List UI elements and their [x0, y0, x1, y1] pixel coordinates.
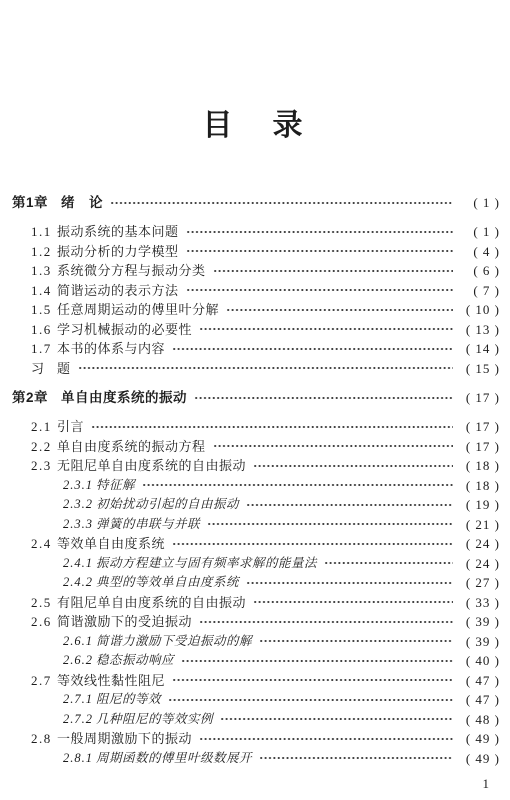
toc-entry: 2.6.1简谐力激励下受迫振动的解( 39 ): [0, 632, 510, 652]
entry-title: 题: [57, 359, 71, 379]
entry-title: 本书的体系与内容: [57, 339, 165, 359]
entry-page: ( 21 ): [458, 515, 500, 535]
entry-number: 1.5: [31, 300, 57, 320]
toc-entry: 2.2单自由度系统的振动方程( 17 ): [0, 437, 510, 457]
toc-entry: 2.6简谐激励下的受迫振动( 39 ): [0, 612, 510, 632]
dot-leader: [186, 281, 453, 301]
dot-leader: [226, 300, 453, 320]
entry-page: ( 24 ): [458, 534, 500, 554]
entry-title: 学习机械振动的必要性: [57, 320, 192, 340]
dot-leader: [213, 437, 453, 457]
entry-page: ( 17 ): [458, 437, 500, 457]
entry-page: ( 17 ): [458, 417, 500, 437]
dot-leader: [172, 534, 453, 554]
entry-page: ( 7 ): [458, 281, 500, 301]
dot-leader: [110, 193, 453, 213]
entry-number: 2.6.2: [63, 651, 96, 671]
dot-leader: [91, 417, 453, 437]
entry-title: 有阻尼单自由度系统的自由振动: [57, 593, 246, 613]
entry-title: 典型的等效单自由度系统: [96, 573, 239, 593]
toc-entry: 1.5任意周期运动的傅里叶分解( 10 ): [0, 300, 510, 320]
entry-page: ( 27 ): [458, 573, 500, 593]
entry-number: 第2章: [12, 388, 48, 408]
dot-leader: [259, 632, 453, 652]
entry-page: ( 1 ): [458, 222, 500, 242]
toc-entry: 1.6学习机械振动的必要性( 13 ): [0, 320, 510, 340]
entry-title: 周期函数的傅里叶级数展开: [96, 749, 252, 769]
entry-page: ( 48 ): [458, 710, 500, 730]
page-title: 目 录: [0, 104, 510, 148]
entry-title: 简谐运动的表示方法: [57, 281, 179, 301]
entry-page: ( 49 ): [458, 749, 500, 769]
dot-leader: [172, 339, 453, 359]
entry-number: 2.3.2: [63, 495, 96, 515]
dot-leader: [168, 690, 453, 710]
entry-page: ( 18 ): [458, 476, 500, 496]
toc-entry: 1.2振动分析的力学模型( 4 ): [0, 242, 510, 262]
toc-entry: 2.3.2初始扰动引起的自由振动( 19 ): [0, 495, 510, 515]
folio-page-number: 1: [483, 776, 490, 792]
toc-entry: 2.1引言( 17 ): [0, 417, 510, 437]
toc-page: 目 录 第1章绪 论( 1 )1.1振动系统的基本问题( 1 )1.2振动分析的…: [0, 104, 510, 768]
toc-entry: 2.8.1周期函数的傅里叶级数展开( 49 ): [0, 749, 510, 769]
entry-title: 几种阻尼的等效实例: [96, 710, 213, 730]
entry-number: 习: [31, 359, 57, 379]
entry-title: 弹簧的串联与并联: [96, 515, 200, 535]
toc-entry: 1.1振动系统的基本问题( 1 ): [0, 222, 510, 242]
toc-entry: 2.3无阻尼单自由度系统的自由振动( 18 ): [0, 456, 510, 476]
entry-number: 1.2: [31, 242, 57, 262]
entry-page: ( 19 ): [458, 495, 500, 515]
entry-title: 简谐力激励下受迫振动的解: [96, 632, 252, 652]
dot-leader: [194, 388, 453, 408]
entry-page: ( 15 ): [458, 359, 500, 379]
dot-leader: [186, 222, 453, 242]
entry-number: 2.3: [31, 456, 57, 476]
entry-number: 1.3: [31, 261, 57, 281]
entry-title: 振动分析的力学模型: [57, 242, 179, 262]
entry-title: 等效单自由度系统: [57, 534, 165, 554]
dot-leader: [199, 612, 453, 632]
entry-page: ( 39 ): [458, 612, 500, 632]
entry-title: 一般周期激励下的振动: [57, 729, 192, 749]
entry-page: ( 1 ): [458, 193, 500, 213]
toc-entry: 第2章单自由度系统的振动( 17 ): [0, 388, 510, 408]
toc-entry: 习题( 15 ): [0, 359, 510, 379]
entry-number: 2.7.2: [63, 710, 96, 730]
entry-number: 2.1: [31, 417, 57, 437]
entry-number: 2.5: [31, 593, 57, 613]
dot-leader: [246, 495, 453, 515]
toc-entry: 2.3.1特征解( 18 ): [0, 476, 510, 496]
entry-page: ( 6 ): [458, 261, 500, 281]
toc-entry: 第1章绪 论( 1 ): [0, 193, 510, 213]
entry-page: ( 47 ): [458, 671, 500, 691]
entry-number: 2.4: [31, 534, 57, 554]
toc-entry: 2.4.2典型的等效单自由度系统( 27 ): [0, 573, 510, 593]
entry-number: 2.6.1: [63, 632, 96, 652]
toc-entry: 2.7等效线性黏性阻尼( 47 ): [0, 671, 510, 691]
entry-title: 振动系统的基本问题: [57, 222, 179, 242]
entry-number: 1.7: [31, 339, 57, 359]
entry-page: ( 10 ): [458, 300, 500, 320]
entry-number: 2.8.1: [63, 749, 96, 769]
entry-number: 2.3.1: [63, 476, 96, 496]
toc-entry: 2.6.2稳态振动响应( 40 ): [0, 651, 510, 671]
entry-title: 系统微分方程与振动分类: [57, 261, 206, 281]
entry-number: 1.4: [31, 281, 57, 301]
toc-entry: 1.4简谐运动的表示方法( 7 ): [0, 281, 510, 301]
entry-title: 单自由度系统的振动方程: [57, 437, 206, 457]
dot-leader: [181, 651, 453, 671]
entry-number: 2.8: [31, 729, 57, 749]
entry-page: ( 17 ): [458, 388, 500, 408]
entry-page: ( 13 ): [458, 320, 500, 340]
entry-page: ( 4 ): [458, 242, 500, 262]
entry-number: 2.6: [31, 612, 57, 632]
entry-number: 2.4.1: [63, 554, 96, 574]
entry-number: 2.7.1: [63, 690, 96, 710]
entry-title: 无阻尼单自由度系统的自由振动: [57, 456, 246, 476]
entry-title: 稳态振动响应: [96, 651, 174, 671]
entry-page: ( 49 ): [458, 729, 500, 749]
dot-leader: [142, 476, 453, 496]
entry-number: 2.4.2: [63, 573, 96, 593]
toc-entry: 1.7本书的体系与内容( 14 ): [0, 339, 510, 359]
dot-leader: [186, 242, 453, 262]
entry-number: 1.1: [31, 222, 57, 242]
entry-title: 引言: [57, 417, 84, 437]
toc-entry: 2.4.1振动方程建立与固有频率求解的能量法( 24 ): [0, 554, 510, 574]
dot-leader: [78, 359, 453, 379]
toc-entry: 2.5有阻尼单自由度系统的自由振动( 33 ): [0, 593, 510, 613]
entry-page: ( 14 ): [458, 339, 500, 359]
dot-leader: [207, 515, 453, 535]
entry-number: 1.6: [31, 320, 57, 340]
dot-leader: [259, 749, 453, 769]
dot-leader: [199, 320, 453, 340]
dot-leader: [199, 729, 453, 749]
toc-list: 第1章绪 论( 1 )1.1振动系统的基本问题( 1 )1.2振动分析的力学模型…: [0, 193, 510, 768]
entry-number: 第1章: [12, 193, 48, 213]
toc-entry: 2.7.1阻尼的等效( 47 ): [0, 690, 510, 710]
toc-entry: 1.3系统微分方程与振动分类( 6 ): [0, 261, 510, 281]
entry-page: ( 47 ): [458, 690, 500, 710]
entry-title: 单自由度系统的振动: [61, 388, 187, 408]
toc-entry: 2.3.3弹簧的串联与并联( 21 ): [0, 515, 510, 535]
entry-title: 振动方程建立与固有频率求解的能量法: [96, 554, 317, 574]
entry-title: 特征解: [96, 476, 135, 496]
entry-number: 2.7: [31, 671, 57, 691]
entry-page: ( 40 ): [458, 651, 500, 671]
entry-title: 等效线性黏性阻尼: [57, 671, 165, 691]
toc-entry: 2.8一般周期激励下的振动( 49 ): [0, 729, 510, 749]
entry-title: 阻尼的等效: [96, 690, 161, 710]
dot-leader: [246, 573, 453, 593]
dot-leader: [213, 261, 453, 281]
toc-entry: 2.7.2几种阻尼的等效实例( 48 ): [0, 710, 510, 730]
dot-leader: [253, 593, 453, 613]
dot-leader: [172, 671, 453, 691]
entry-title: 任意周期运动的傅里叶分解: [57, 300, 219, 320]
entry-title: 简谐激励下的受迫振动: [57, 612, 192, 632]
entry-title: 绪 论: [61, 193, 103, 213]
entry-number: 2.2: [31, 437, 57, 457]
toc-entry: 2.4等效单自由度系统( 24 ): [0, 534, 510, 554]
dot-leader: [220, 710, 453, 730]
entry-page: ( 18 ): [458, 456, 500, 476]
entry-title: 初始扰动引起的自由振动: [96, 495, 239, 515]
dot-leader: [253, 456, 453, 476]
entry-page: ( 33 ): [458, 593, 500, 613]
entry-page: ( 39 ): [458, 632, 500, 652]
entry-page: ( 24 ): [458, 554, 500, 574]
entry-number: 2.3.3: [63, 515, 96, 535]
dot-leader: [324, 554, 453, 574]
